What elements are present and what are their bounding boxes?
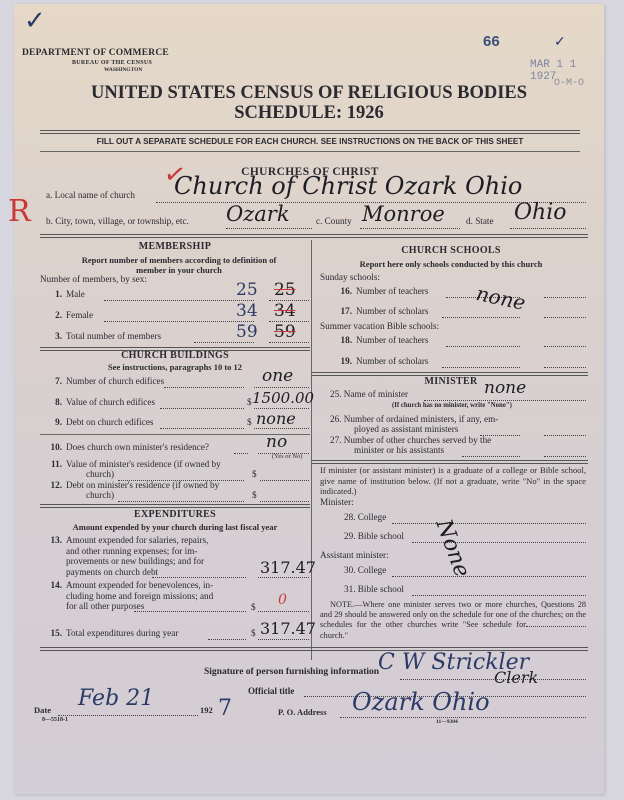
female-count-field[interactable]: 34 [236,301,258,321]
signature-label: Signature of person furnishing informati… [204,667,379,677]
assistant-college-label: 30. College [344,565,386,575]
assistant-college-field[interactable] [392,576,586,577]
total-expenditures-label: 15.Total expenditures during year [40,628,178,638]
residence-debt-label-cont: church) [86,490,114,500]
dollar-sign: $ [251,602,256,612]
membership-heading: MEMBERSHIP [40,241,310,252]
owns-residence-label: 10.Does church own minister's residence? [40,442,209,452]
minister-name-hint: (If church has no minister, write "None"… [392,402,512,409]
sunday-scholars-field[interactable] [544,317,586,318]
total-expenditures-answer-line [258,639,309,640]
dollar-sign: $ [251,628,256,638]
dollar-sign: $ [247,397,252,407]
divider [40,504,310,508]
page-number: 66 [483,33,500,50]
yes-no-hint: (Yes or No) [272,453,302,460]
total-review-line [269,342,309,343]
residence-value-label: 11.Value of minister's residence (if own… [40,459,221,469]
residence-debt-line [118,501,244,502]
minister-college-label: 28. College [344,512,386,522]
residence-value-field[interactable] [260,480,309,481]
edifices-count-answer-line [254,387,309,388]
summer-teachers-field[interactable] [544,346,586,347]
church-schools-subtitle: Report here only schools conducted by th… [314,259,588,269]
po-address-field[interactable]: Ozark Ohio [352,688,490,716]
instruction-banner: FILL OUT A SEPARATE SCHEDULE FOR EACH CH… [54,136,567,146]
other-churches-label: 27. Number of other churches served by t… [330,435,491,445]
owns-residence-line [234,453,248,454]
bureau-city: WASHINGTON [104,67,142,73]
male-label: 1.Male [40,289,85,299]
graduate-instruction: If minister (or assistant minister) is a… [320,465,586,497]
running-expenses-label: 13.Amount expended for salaries, repairs… [40,535,208,577]
edifices-value-field[interactable]: 1500.00 [252,389,314,407]
college-written-answer: None [431,516,475,581]
assistant-bible-school-field[interactable] [412,595,586,596]
local-name-field[interactable]: Church of Christ Ozark Ohio [174,172,522,200]
minister-heading: MINISTER [314,376,588,387]
owns-residence-field[interactable]: no [266,432,287,452]
department-name: DEPARTMENT OF COMMERCE [22,48,169,58]
residence-value-label-cont: church) [86,469,114,479]
sunday-scholars-label: 17.Number of scholars [330,306,428,316]
see-schedule-field[interactable] [526,626,586,627]
expenditures-subtitle: Amount expended by your church during la… [40,522,310,532]
other-churches-label-cont: minister or his assistants [354,445,444,455]
assistant-ministers-field[interactable] [544,435,586,436]
divider [312,460,588,464]
divider [40,130,580,134]
sunday-teachers-label: 16.Number of teachers [330,286,428,296]
assistant-minister-sublabel: Assistant minister: [320,550,389,560]
state-field[interactable]: Ohio [514,200,567,225]
summer-scholars-line [442,367,520,368]
assistant-ministers-label: 26. Number of ordained ministers, if any… [330,414,498,424]
sunday-schools-written-answer: none [474,281,528,315]
edifices-count-line [164,387,244,388]
po-address-label: P. O. Address [278,707,327,717]
date-field[interactable]: Feb 21 [78,686,154,711]
state-label: d. State [466,216,494,226]
total-reviewed-count: 59 [274,322,296,342]
city-field[interactable]: Ozark [226,202,290,226]
summer-teachers-line [446,346,520,347]
running-expenses-field[interactable]: 317.47 [260,558,316,577]
total-members-label: 3.Total number of members [40,331,161,341]
other-churches-line [462,456,520,457]
minister-name-field[interactable]: none [484,378,526,398]
benevolences-line [134,611,246,612]
local-name-label: a. Local name of church [46,190,135,200]
county-label: c. County [316,216,352,226]
assistant-bible-school-label: 31. Bible school [344,584,404,594]
summer-teachers-label: 18.Number of teachers [330,335,428,345]
county-line [360,228,460,229]
sunday-schools-label: Sunday schools: [320,272,380,282]
female-line [104,321,254,322]
form-subtitle: SCHEDULE: 1926 [14,103,604,124]
edifices-debt-label: 9.Debt on church edifices [40,417,154,427]
total-expenditures-line [208,639,246,640]
census-schedule-page: ✓ DEPARTMENT OF COMMERCE BUREAU OF THE C… [14,4,604,794]
minister-college-field[interactable] [392,523,586,524]
note-text: NOTE.—Where one minister serves two or m… [320,600,586,641]
official-title-label: Official title [248,686,294,696]
female-label: 2.Female [40,310,93,320]
date-label: Date [34,705,51,715]
margin-review-mark: R [8,194,31,229]
total-members-field[interactable]: 59 [236,322,258,342]
sunday-teachers-field[interactable] [544,297,586,298]
residence-debt-field[interactable] [260,501,309,502]
benevolences-answer-line [258,611,309,612]
city-label: b. City, town, village, or township, etc… [46,216,189,226]
male-count-field[interactable]: 25 [236,280,258,300]
minister-bible-school-label: 29. Bible school [344,531,404,541]
total-expenditures-field[interactable]: 317.47 [260,619,316,638]
dollar-sign: $ [247,417,252,427]
column-divider [311,240,312,660]
county-field[interactable]: Monroe [362,202,445,226]
summer-schools-label: Summer vacation Bible schools: [320,321,439,331]
minister-name-label: 25. Name of minister [330,389,408,399]
state-line [510,228,586,229]
edifices-value-line [160,408,244,409]
running-expenses-answer-line [258,577,309,578]
residence-debt-label: 12.Debt on minister's residence (if owne… [40,480,219,490]
official-title-field[interactable]: Clerk [494,668,538,687]
other-churches-field[interactable] [544,456,586,457]
edifices-debt-line [160,428,244,429]
benevolences-label: 14.Amount expended for benevolences, in-… [40,580,213,612]
expenditures-heading: EXPENDITURES [40,509,310,520]
membership-subtitle: Report number of members according to de… [74,255,284,275]
church-schools-heading: CHURCH SCHOOLS [314,245,588,256]
edifices-value-label: 8.Value of church edifices [40,397,155,407]
dollar-sign: $ [252,490,257,500]
city-line [226,228,312,229]
signature-line [400,679,586,680]
edifices-count-label: 7.Number of church edifices [40,376,164,386]
summer-scholars-label: 19.Number of scholars [330,356,428,366]
minister-name-line [424,400,586,401]
form-code-left: 8—5518-1 [42,717,68,723]
year-prefix: 192 [200,705,213,715]
dollar-sign: $ [252,469,257,479]
sunday-scholars-line [442,317,520,318]
members-by-sex-label: Number of members, by sex: [40,274,147,284]
female-reviewed-count: 34 [274,301,296,321]
form-code-right: 11—9304 [436,719,458,725]
edifices-count-field[interactable]: one [262,366,293,386]
divider [40,151,580,152]
stamp-check-icon: ✓ [554,34,566,51]
year-field[interactable]: 7 [218,696,232,721]
male-line [104,300,254,301]
date-line [58,715,198,716]
church-buildings-heading: CHURCH BUILDINGS [40,350,310,361]
running-expenses-line [152,577,246,578]
po-address-line [340,717,586,718]
bureau-name: BUREAU OF THE CENSUS [72,60,152,66]
edifices-debt-field[interactable]: none [256,409,296,428]
assistant-ministers-label-cont: ployed as assistant ministers [354,424,458,434]
male-reviewed-count: 25 [274,280,296,300]
divider [40,234,588,238]
edifices-debt-answer-line [254,428,309,429]
total-line [194,342,254,343]
form-title: UNITED STATES CENSUS OF RELIGIOUS BODIES [14,83,604,104]
summer-scholars-field[interactable] [544,367,586,368]
benevolences-field[interactable]: 0 [278,592,287,608]
minister-sublabel: Minister: [320,497,354,507]
check-mark-icon: ✓ [24,6,46,36]
